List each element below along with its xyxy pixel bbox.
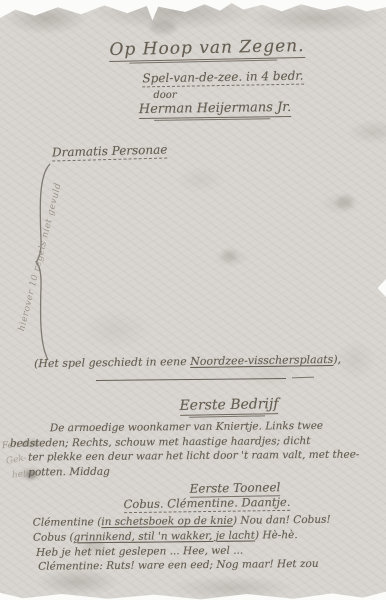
act-heading: Eerste Bedrijf: [36, 394, 386, 417]
page-title: Op Hoop van Zegen.: [14, 34, 386, 62]
paper-sheet: Op Hoop van Zegen. Spel-van-de-zee. in 4…: [0, 0, 386, 600]
paper-stain: [150, 20, 176, 34]
divider-dash: [292, 377, 314, 379]
paper-stain: [337, 196, 353, 208]
stage-direction: De armoedige woonkamer van Kniertje. Lin…: [28, 419, 362, 480]
margin-scribble: Gek-: [5, 453, 27, 466]
dialogue-line: Clémentine: Ruts! ware een eed; Nog maar…: [33, 557, 377, 575]
setting-line: (Het spel geschiedt in eene Noordzee-vis…: [34, 353, 341, 370]
dialogue: Clémentine (in schetsboek op de knie) No…: [33, 512, 378, 575]
page-subtitle: Spel-van-de-zee. in 4 bedr.: [30, 67, 386, 88]
divider-rule: [96, 378, 286, 381]
author-name: Herman Heijermans Jr.: [22, 98, 386, 118]
scanned-manuscript-page: Op Hoop van Zegen. Spel-van-de-zee. in 4…: [0, 0, 386, 600]
paper-stain: [222, 250, 236, 261]
margin-scribble: het: [12, 469, 28, 480]
dramatis-personae-heading: Dramatis Personae: [52, 142, 168, 159]
